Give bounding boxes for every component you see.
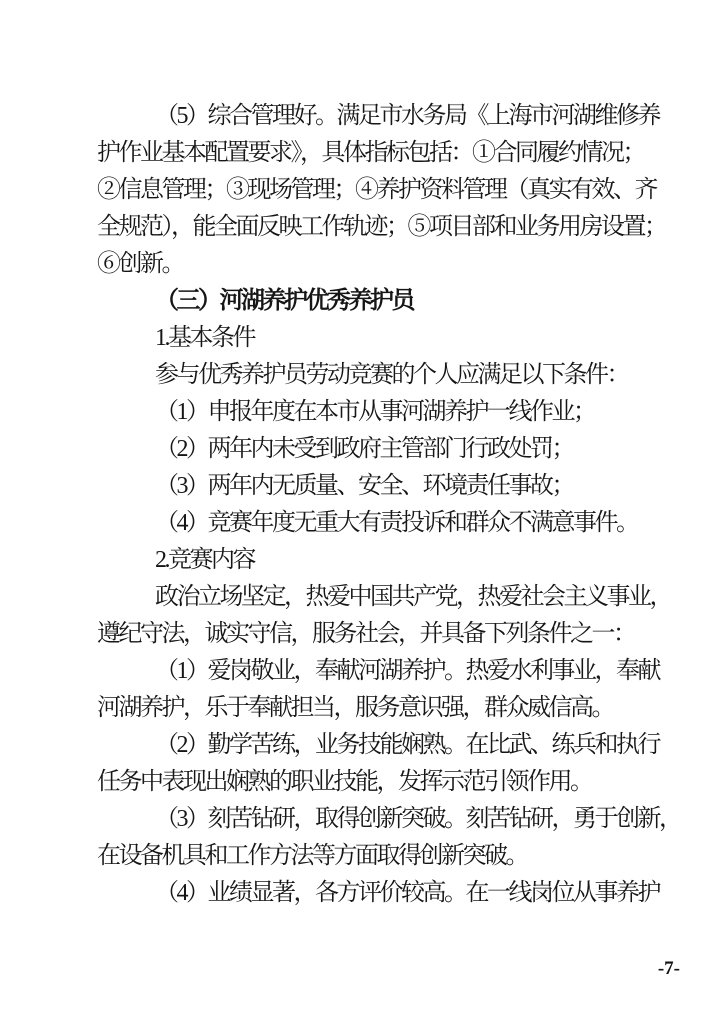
text-line: （1）爱岗敬业，奉献河湖养护。热爱水利事业，奉献 [97, 653, 642, 690]
text-line: （1）申报年度在本市从事河湖养护一线作业； [97, 394, 642, 431]
document-text-block: （5）综合管理好。满足市水务局《上海市河湖维修养护作业基本配置要求》，具体指标包… [97, 98, 642, 912]
text-line: 河湖养护，乐于奉献担当，服务意识强，群众威信高。 [97, 690, 642, 727]
text-line: 参与优秀养护员劳动竞赛的个人应满足以下条件： [97, 357, 642, 394]
section-heading-line: （三）河湖养护优秀养护员 [97, 283, 642, 320]
text-line: （2）两年内未受到政府主管部门行政处罚； [97, 431, 642, 468]
text-line: ⑥创新。 [97, 246, 642, 283]
text-line: （3）刻苦钻研，取得创新突破。刻苦钻研，勇于创新， [97, 801, 642, 838]
page-number: -7- [658, 958, 680, 980]
text-line: （4）竞赛年度无重大有责投诉和群众不满意事件。 [97, 505, 642, 542]
text-line: 政治立场坚定，热爱中国共产党，热爱社会主义事业， [97, 579, 642, 616]
text-line: 遵纪守法，诚实守信，服务社会，并具备下列条件之一： [97, 616, 642, 653]
text-line: （2）勤学苦练，业务技能娴熟。在比武、练兵和执行 [97, 727, 642, 764]
text-line: 1.基本条件 [97, 320, 642, 357]
text-line: 全规范），能全面反映工作轨迹；⑤项目部和业务用房设置； [97, 209, 642, 246]
text-line: 护作业基本配置要求》，具体指标包括：①合同履约情况； [97, 135, 642, 172]
text-line: （3）两年内无质量、安全、环境责任事故； [97, 468, 642, 505]
text-line: （4）业绩显著，各方评价较高。在一线岗位从事养护 [97, 875, 642, 912]
text-line: （5）综合管理好。满足市水务局《上海市河湖维修养 [97, 98, 642, 135]
text-line: ②信息管理；③现场管理；④养护资料管理（真实有效、齐 [97, 172, 642, 209]
text-line: 2.竞赛内容 [97, 542, 642, 579]
text-line: 任务中表现出娴熟的职业技能，发挥示范引领作用。 [97, 764, 642, 801]
document-page: （5）综合管理好。满足市水务局《上海市河湖维修养护作业基本配置要求》，具体指标包… [0, 0, 724, 1024]
text-line: 在设备机具和工作方法等方面取得创新突破。 [97, 838, 642, 875]
